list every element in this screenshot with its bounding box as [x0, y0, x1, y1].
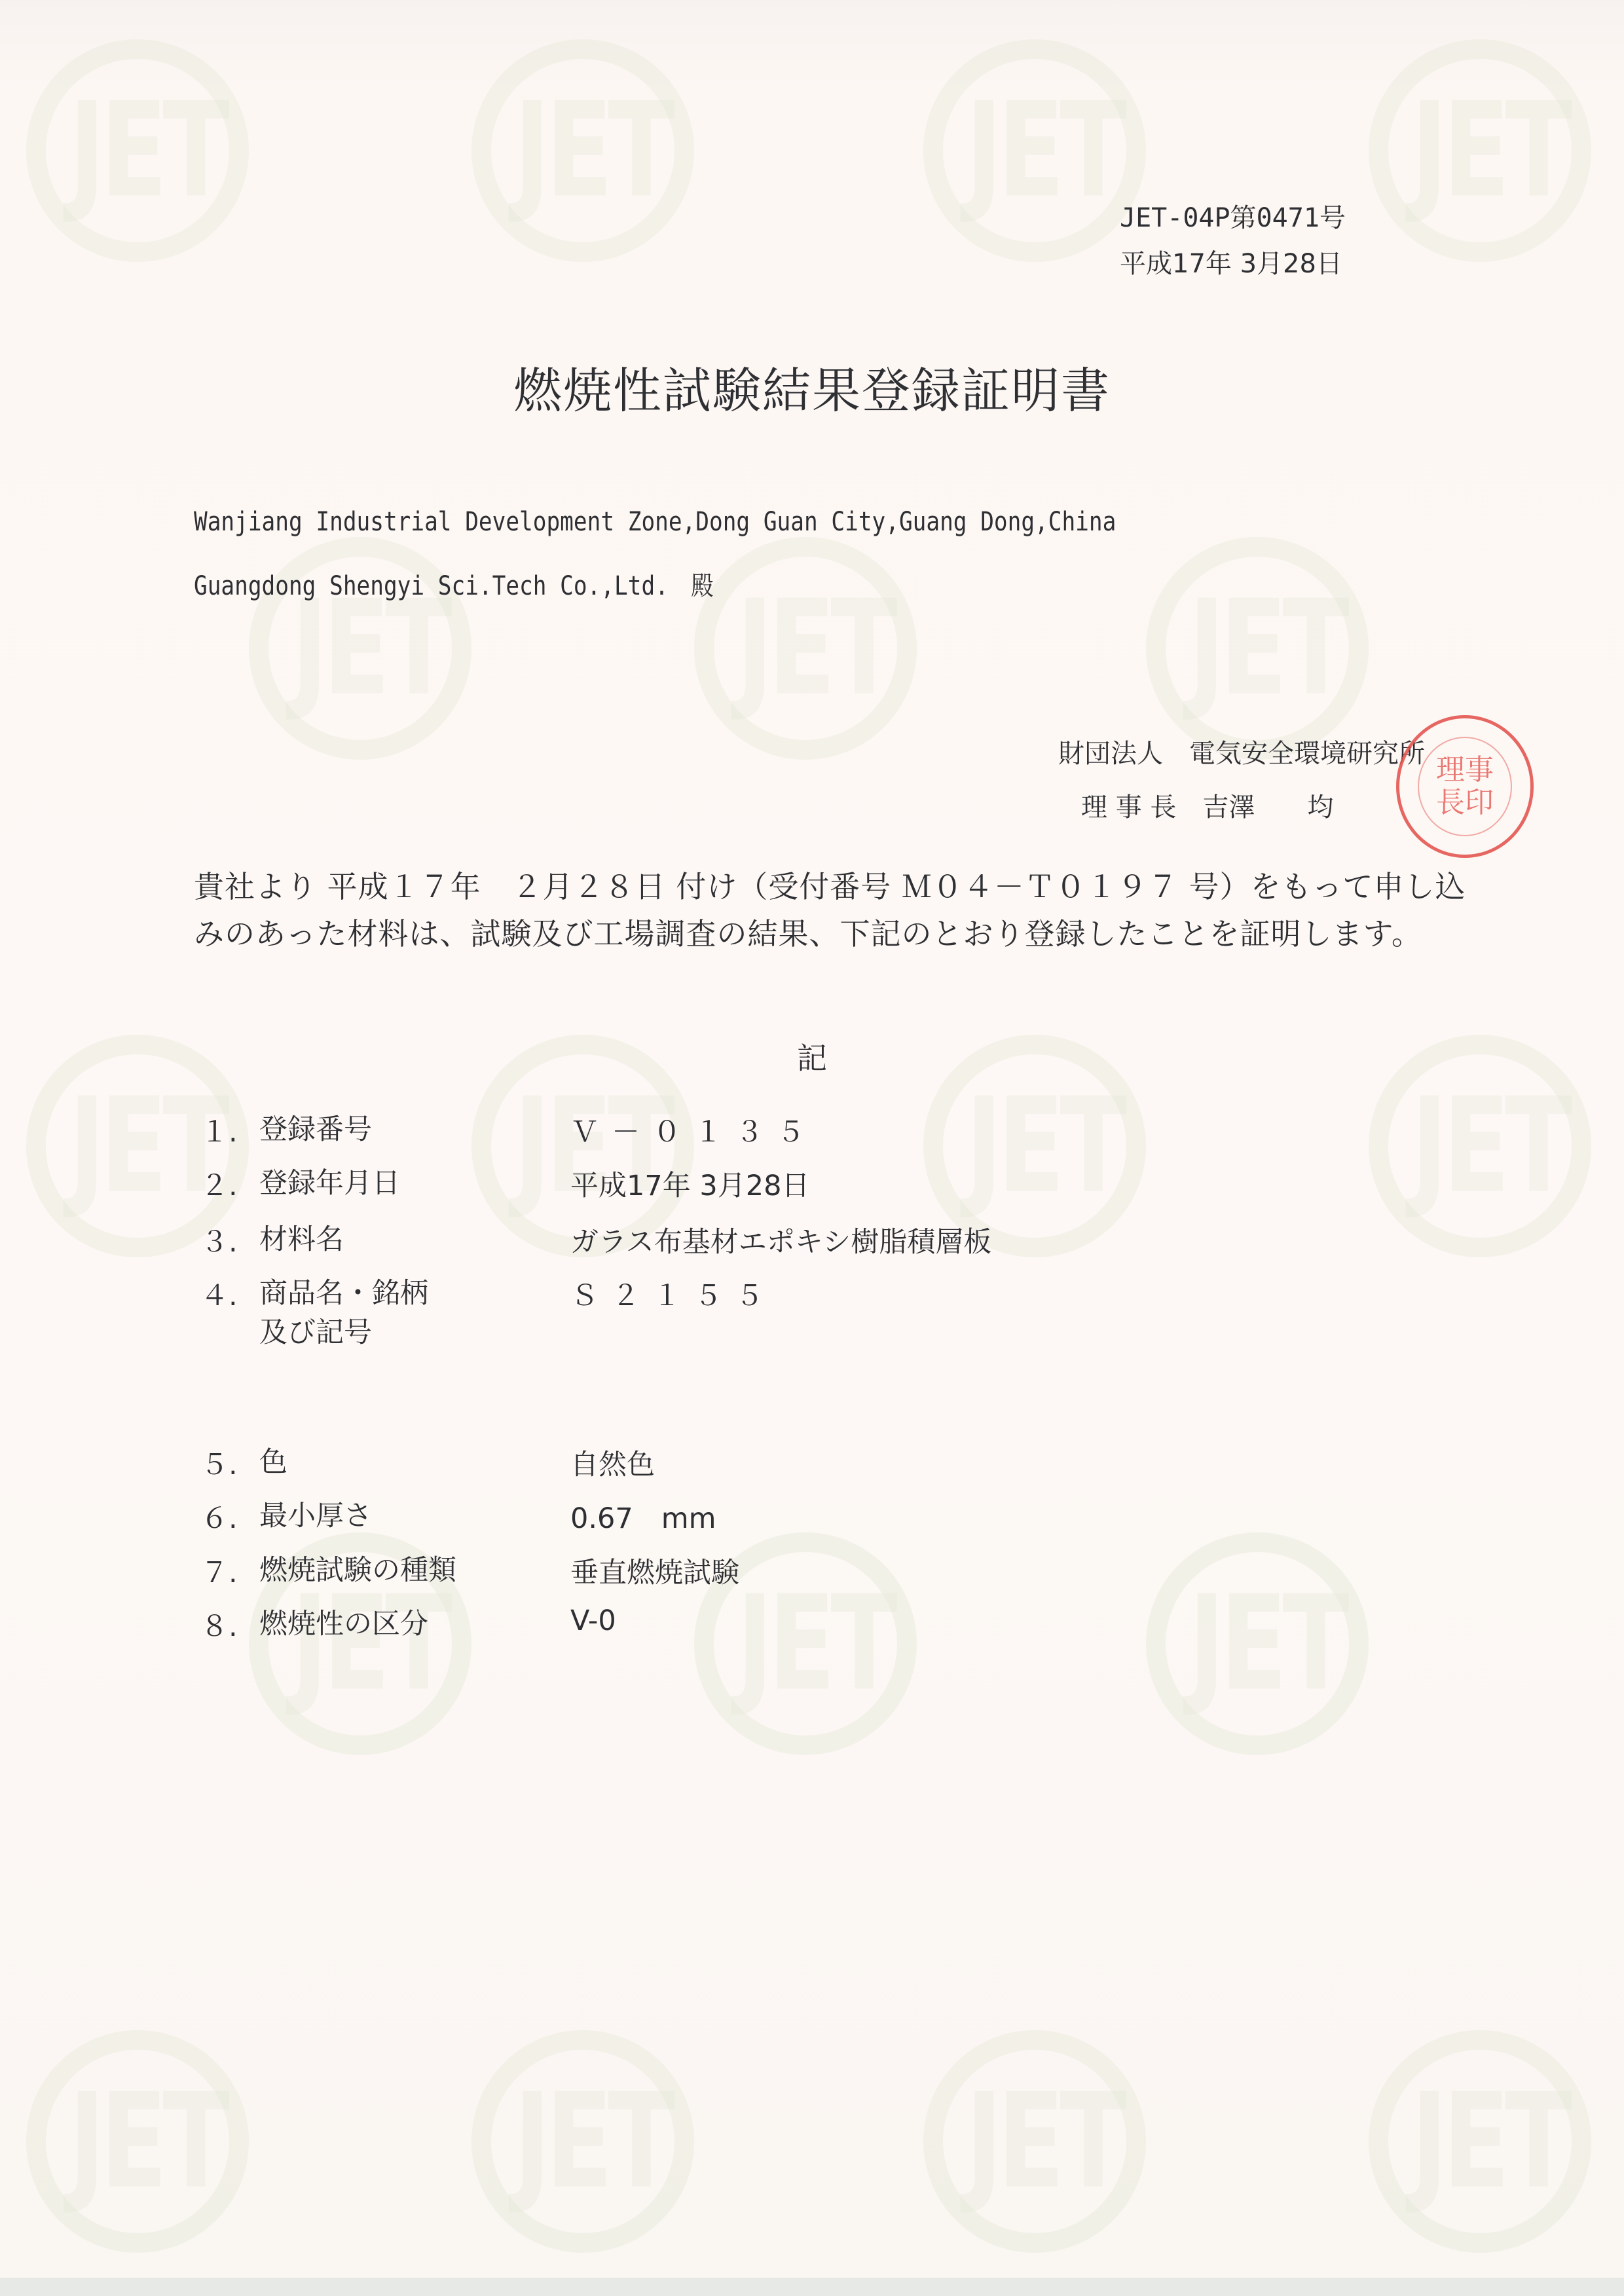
- reference-number: JET-04P第0471号: [1120, 195, 1346, 241]
- jet-watermark-icon: [923, 2030, 1146, 2253]
- certificate-page: JET-04P第0471号 平成17年 3月28日 燃焼性試験結果登録証明書 W…: [0, 0, 1624, 2279]
- certification-statement: 貴社より 平成１７年 ２月２８日 付け（受付番号 Ｍ０４－Ｔ０１９７ 号）をもっ…: [194, 863, 1490, 957]
- reference-block: JET-04P第0471号 平成17年 3月28日: [1120, 195, 1346, 287]
- document-title: 燃焼性試験結果登録証明書: [0, 352, 1624, 422]
- jet-watermark-icon: [471, 39, 694, 262]
- official-seal-icon: 理事 長印: [1396, 715, 1534, 858]
- issuer-block: 財団法人 電気安全環境研究所 理 事 長 吉澤 均: [1058, 727, 1425, 834]
- issue-date: 平成17年 3月28日: [1120, 241, 1346, 287]
- jet-watermark-icon: [26, 2030, 249, 2253]
- jet-watermark-icon: [1146, 1532, 1369, 1755]
- jet-watermark-icon: [26, 39, 249, 262]
- recipient-company: Guangdong Shengyi Sci.Tech Co.,Ltd. 殿: [194, 554, 1116, 618]
- jet-watermark-icon: [1146, 537, 1369, 760]
- jet-watermark-icon: [1369, 2030, 1591, 2253]
- jet-watermark-icon: [471, 2030, 694, 2253]
- issuer-representative: 理 事 長 吉澤 均: [1058, 781, 1425, 834]
- seal-text: 理事 長印: [1399, 754, 1530, 819]
- issuer-organization: 財団法人 電気安全環境研究所: [1058, 727, 1425, 781]
- scan-bottom-edge: [0, 2278, 1624, 2296]
- recipient-block: Wanjiang Industrial Development Zone,Don…: [194, 490, 1116, 618]
- recipient-address: Wanjiang Industrial Development Zone,Don…: [194, 490, 1116, 554]
- section-heading: 記: [0, 1035, 1624, 1078]
- jet-watermark-icon: [1369, 39, 1591, 262]
- jet-watermark-icon: [923, 39, 1146, 262]
